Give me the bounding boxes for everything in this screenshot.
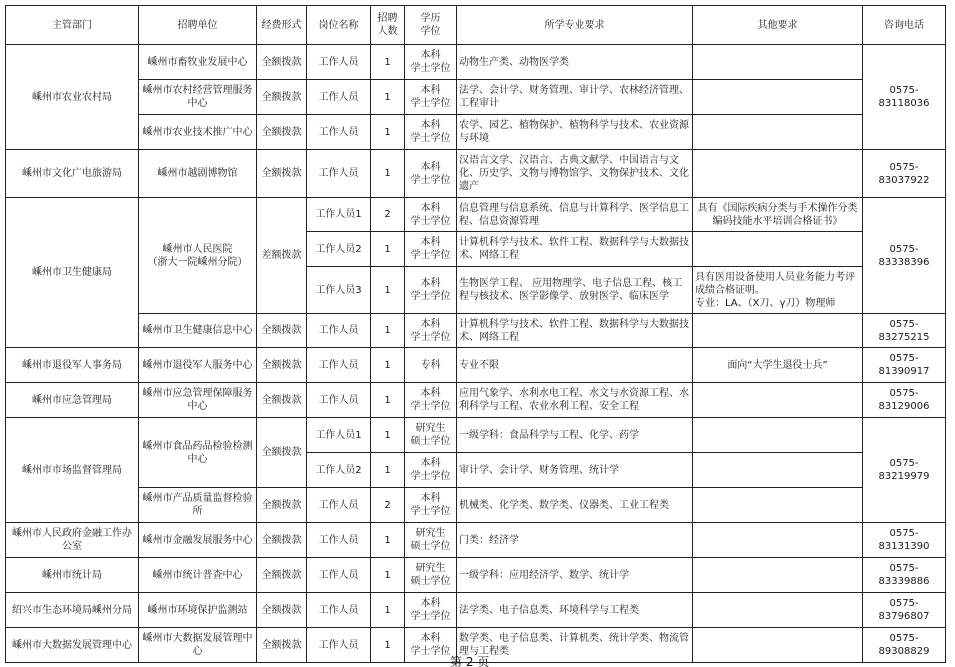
unit-cell: 嵊州市环境保护监测站 xyxy=(139,593,257,628)
table-row: 嵊州市市场监督管理局 嵊州市食品药品检验检测中心 全额拨款 工作人员1 1 研究… xyxy=(6,418,946,453)
unit-cell: 嵊州市卫生健康信息中心 xyxy=(139,314,257,348)
position-cell: 工作人员1 xyxy=(307,198,371,232)
position-cell: 工作人员1 xyxy=(307,418,371,453)
table-row: 嵊州市农业技术推广中心 全额拨款 工作人员 1 本科 学士学位 农学、园艺、植物… xyxy=(6,115,946,150)
funding-cell: 全额拨款 xyxy=(257,488,307,523)
funding-cell: 全额拨款 xyxy=(257,150,307,198)
unit-cell: 嵊州市统计普查中心 xyxy=(139,558,257,593)
education-cell: 本科 学士学位 xyxy=(405,383,457,418)
funding-cell: 全额拨款 xyxy=(257,418,307,488)
position-cell: 工作人员 xyxy=(307,348,371,383)
education-cell: 专科 xyxy=(405,348,457,383)
unit-cell: 嵊州市产品质量监督检验所 xyxy=(139,488,257,523)
position-cell: 工作人员2 xyxy=(307,453,371,488)
other-cell xyxy=(693,115,863,150)
education-cell: 本科 学士学位 xyxy=(405,314,457,348)
dept-cell: 嵊州市文化广电旅游局 xyxy=(6,150,139,198)
education-cell: 研究生 硕士学位 xyxy=(405,418,457,453)
education-cell: 本科 学士学位 xyxy=(405,80,457,115)
major-cell: 应用气象学、水利水电工程、水文与水资源工程、水利科学与工程、农业水利工程、安全工… xyxy=(457,383,693,418)
funding-cell: 差额拨款 xyxy=(257,198,307,314)
dept-cell: 嵊州市人民政府金融工作办公室 xyxy=(6,523,139,558)
unit-cell: 嵊州市人民医院 （浙大一院嵊州分院） xyxy=(139,198,257,314)
position-cell: 工作人员 xyxy=(307,80,371,115)
dept-cell: 嵊州市市场监督管理局 xyxy=(6,418,139,523)
count-cell: 1 xyxy=(371,267,405,314)
unit-cell: 嵊州市金融发展服务中心 xyxy=(139,523,257,558)
count-cell: 2 xyxy=(371,198,405,232)
funding-cell: 全额拨款 xyxy=(257,80,307,115)
funding-cell: 全额拨款 xyxy=(257,314,307,348)
major-cell: 数学类、电子信息类、计算机类、统计学类、物流管理与工程类 xyxy=(457,628,693,663)
education-cell: 本科 学士学位 xyxy=(405,115,457,150)
education-cell: 本科 学士学位 xyxy=(405,453,457,488)
major-cell: 农学、园艺、植物保护、植物科学与技术、农业资源与环境 xyxy=(457,115,693,150)
other-cell xyxy=(693,314,863,348)
other-cell xyxy=(693,150,863,198)
header-major: 所学专业要求 xyxy=(457,6,693,45)
funding-cell: 全额拨款 xyxy=(257,348,307,383)
position-cell: 工作人员2 xyxy=(307,232,371,267)
unit-cell: 嵊州市应急管理保障服务中心 xyxy=(139,383,257,418)
position-cell: 工作人员 xyxy=(307,45,371,80)
education-cell: 研究生 硕士学位 xyxy=(405,558,457,593)
header-phone: 咨询电话 xyxy=(863,6,946,45)
count-cell: 1 xyxy=(371,558,405,593)
major-cell: 一级学科：食品科学与工程、化学、药学 xyxy=(457,418,693,453)
funding-cell: 全额拨款 xyxy=(257,115,307,150)
count-cell: 1 xyxy=(371,314,405,348)
funding-cell: 全额拨款 xyxy=(257,593,307,628)
position-cell: 工作人员 xyxy=(307,314,371,348)
table-row: 嵊州市退役军人事务局 嵊州市退役军人服务中心 全额拨款 工作人员 1 专科 专业… xyxy=(6,348,946,383)
header-funding: 经费形式 xyxy=(257,6,307,45)
position-cell: 工作人员 xyxy=(307,593,371,628)
education-cell: 本科 学士学位 xyxy=(405,198,457,232)
table-row: 嵊州市应急管理局 嵊州市应急管理保障服务中心 全额拨款 工作人员 1 本科 学士… xyxy=(6,383,946,418)
phone-cell: 0575-83129006 xyxy=(863,383,946,418)
count-cell: 1 xyxy=(371,232,405,267)
count-cell: 1 xyxy=(371,593,405,628)
major-cell: 计算机科学与技术、软件工程、数据科学与大数据技术、网络工程 xyxy=(457,232,693,267)
education-cell: 本科 学士学位 xyxy=(405,150,457,198)
table-row: 嵊州市农业农村局 嵊州市畜牧业发展中心 全额拨款 工作人员 1 本科 学士学位 … xyxy=(6,45,946,80)
count-cell: 1 xyxy=(371,150,405,198)
recruitment-table: 主管部门 招聘单位 经费形式 岗位名称 招聘 人数 学历 学位 所学专业要求 其… xyxy=(5,5,946,663)
other-cell xyxy=(693,80,863,115)
phone-cell: 0575-83118036 xyxy=(863,45,946,150)
table-row: 嵊州市农村经营管理服务中心 全额拨款 工作人员 1 本科 学士学位 法学、会计学… xyxy=(6,80,946,115)
dept-cell: 绍兴市生态环境局嵊州分局 xyxy=(6,593,139,628)
position-cell: 工作人员 xyxy=(307,488,371,523)
count-cell: 1 xyxy=(371,45,405,80)
position-cell: 工作人员 xyxy=(307,628,371,663)
count-cell: 1 xyxy=(371,628,405,663)
major-cell: 信息管理与信息系统、信息与计算科学、医学信息工程、信息资源管理 xyxy=(457,198,693,232)
count-cell: 1 xyxy=(371,453,405,488)
other-cell xyxy=(693,488,863,523)
phone-cell: 0575-83796807 xyxy=(863,593,946,628)
table-row: 嵊州市卫生健康局 嵊州市人民医院 （浙大一院嵊州分院） 差额拨款 工作人员1 2… xyxy=(6,198,946,232)
unit-cell: 嵊州市畜牧业发展中心 xyxy=(139,45,257,80)
education-cell: 本科 学士学位 xyxy=(405,593,457,628)
major-cell: 机械类、化学类、数学类、仪器类、工业工程类 xyxy=(457,488,693,523)
major-cell: 门类：经济学 xyxy=(457,523,693,558)
table-row: 嵊州市统计局 嵊州市统计普查中心 全额拨款 工作人员 1 研究生 硕士学位 一级… xyxy=(6,558,946,593)
other-cell xyxy=(693,383,863,418)
count-cell: 1 xyxy=(371,523,405,558)
dept-cell: 嵊州市退役军人事务局 xyxy=(6,348,139,383)
major-cell: 动物生产类、动物医学类 xyxy=(457,45,693,80)
other-cell xyxy=(693,453,863,488)
position-cell: 工作人员 xyxy=(307,150,371,198)
count-cell: 1 xyxy=(371,115,405,150)
unit-cell: 嵊州市食品药品检验检测中心 xyxy=(139,418,257,488)
table-row: 嵊州市文化广电旅游局 嵊州市越剧博物馆 全额拨款 工作人员 1 本科 学士学位 … xyxy=(6,150,946,198)
other-cell xyxy=(693,45,863,80)
count-cell: 1 xyxy=(371,80,405,115)
position-cell: 工作人员3 xyxy=(307,267,371,314)
major-cell: 计算机科学与技术、软件工程、数据科学与大数据技术、网络工程 xyxy=(457,314,693,348)
count-cell: 1 xyxy=(371,418,405,453)
major-cell: 一级学科：应用经济学、数学、统计学 xyxy=(457,558,693,593)
major-cell: 审计学、会计学、财务管理、统计学 xyxy=(457,453,693,488)
header-education: 学历 学位 xyxy=(405,6,457,45)
table-row: 嵊州市人民政府金融工作办公室 嵊州市金融发展服务中心 全额拨款 工作人员 1 研… xyxy=(6,523,946,558)
count-cell: 2 xyxy=(371,488,405,523)
other-cell xyxy=(693,558,863,593)
other-cell: 具有医用设备使用人员业务能力考评成绩合格证明。 专业：LA、（X刀、γ刀）物理师 xyxy=(693,267,863,314)
education-cell: 本科 学士学位 xyxy=(405,232,457,267)
unit-cell: 嵊州市越剧博物馆 xyxy=(139,150,257,198)
phone-cell: 0575-83275215 xyxy=(863,314,946,348)
phone-cell: 0575-89308829 xyxy=(863,628,946,663)
dept-cell: 嵊州市统计局 xyxy=(6,558,139,593)
education-cell: 研究生 硕士学位 xyxy=(405,523,457,558)
major-cell: 汉语言文学、汉语言、古典文献学、中国语言与文化、历史学、文物与博物馆学、文物保护… xyxy=(457,150,693,198)
position-cell: 工作人员 xyxy=(307,383,371,418)
page-number: 第 2 页 xyxy=(450,656,489,667)
phone-cell: 0575-81390917 xyxy=(863,348,946,383)
major-cell: 法学类、电子信息类、环境科学与工程类 xyxy=(457,593,693,628)
position-cell: 工作人员 xyxy=(307,558,371,593)
header-position: 岗位名称 xyxy=(307,6,371,45)
count-cell: 1 xyxy=(371,348,405,383)
education-cell: 本科 学士学位 xyxy=(405,45,457,80)
unit-cell: 嵊州市退役军人服务中心 xyxy=(139,348,257,383)
funding-cell: 全额拨款 xyxy=(257,45,307,80)
table-row: 绍兴市生态环境局嵊州分局 嵊州市环境保护监测站 全额拨款 工作人员 1 本科 学… xyxy=(6,593,946,628)
major-cell: 法学、会计学、财务管理、审计学、农林经济管理、工程审计 xyxy=(457,80,693,115)
unit-cell: 嵊州市农业技术推广中心 xyxy=(139,115,257,150)
other-cell xyxy=(693,593,863,628)
funding-cell: 全额拨款 xyxy=(257,558,307,593)
other-cell: 面向“大学生退役士兵” xyxy=(693,348,863,383)
position-cell: 工作人员 xyxy=(307,115,371,150)
major-cell: 专业不限 xyxy=(457,348,693,383)
education-cell: 本科 学士学位 xyxy=(405,488,457,523)
funding-cell: 全额拨款 xyxy=(257,523,307,558)
education-cell: 本科 学士学位 xyxy=(405,267,457,314)
funding-cell: 全额拨款 xyxy=(257,628,307,663)
education-cell: 本科 学士学位 xyxy=(405,628,457,663)
phone-cell: 0575-83219979 xyxy=(863,418,946,523)
other-cell xyxy=(693,523,863,558)
header-other: 其他要求 xyxy=(693,6,863,45)
other-cell xyxy=(693,418,863,453)
phone-cell: 0575-83339886 xyxy=(863,558,946,593)
count-cell: 1 xyxy=(371,383,405,418)
phone-cell: 0575-83131390 xyxy=(863,523,946,558)
dept-cell: 嵊州市应急管理局 xyxy=(6,383,139,418)
unit-cell: 嵊州市大数据发展管理中心 xyxy=(139,628,257,663)
table-row: 嵊州市产品质量监督检验所 全额拨款 工作人员 2 本科 学士学位 机械类、化学类… xyxy=(6,488,946,523)
header-count: 招聘 人数 xyxy=(371,6,405,45)
other-cell: 具有《国际疾病分类与手术操作分类编码技能水平培训合格证书》 xyxy=(693,198,863,232)
funding-cell: 全额拨款 xyxy=(257,383,307,418)
phone-cell: 0575-83338396 xyxy=(863,198,946,314)
other-cell xyxy=(693,232,863,267)
phone-cell: 0575-83037922 xyxy=(863,150,946,198)
position-cell: 工作人员 xyxy=(307,523,371,558)
dept-cell: 嵊州市大数据发展管理中心 xyxy=(6,628,139,663)
unit-cell: 嵊州市农村经营管理服务中心 xyxy=(139,80,257,115)
header-unit: 招聘单位 xyxy=(139,6,257,45)
header-dept: 主管部门 xyxy=(6,6,139,45)
major-cell: 生物医学工程、 应用物理学、电子信息工程、核工程与核技术、医学影像学、放射医学、… xyxy=(457,267,693,314)
header-row: 主管部门 招聘单位 经费形式 岗位名称 招聘 人数 学历 学位 所学专业要求 其… xyxy=(6,6,946,45)
table-row: 嵊州市卫生健康信息中心 全额拨款 工作人员 1 本科 学士学位 计算机科学与技术… xyxy=(6,314,946,348)
dept-cell: 嵊州市卫生健康局 xyxy=(6,198,139,348)
other-cell xyxy=(693,628,863,663)
dept-cell: 嵊州市农业农村局 xyxy=(6,45,139,150)
